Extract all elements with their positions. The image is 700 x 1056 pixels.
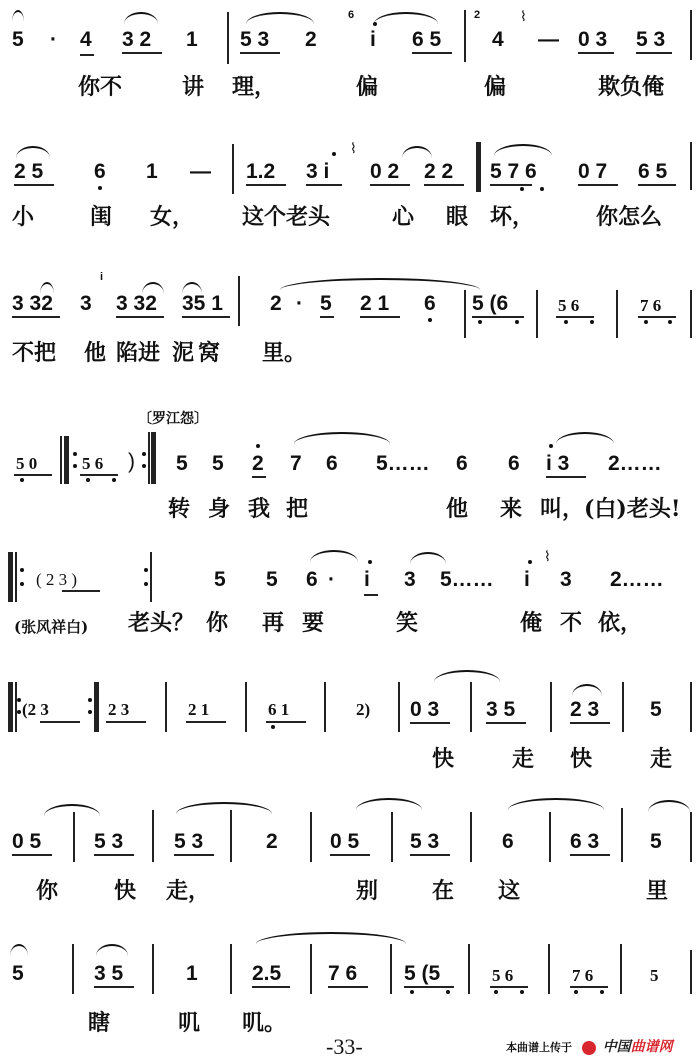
note: 3 (560, 568, 572, 592)
lyric: 我 (248, 496, 270, 522)
underline (570, 722, 610, 724)
underline (424, 184, 464, 186)
note: 6 (306, 568, 318, 592)
note: 5…… (376, 452, 430, 476)
note-group: 2 5 (14, 160, 43, 184)
note-group: 2) (356, 698, 370, 722)
underline (364, 594, 378, 596)
note: 2…… (608, 452, 662, 476)
low-dot (515, 320, 519, 324)
underline (370, 184, 410, 186)
underline (40, 721, 80, 723)
note: 2 (252, 452, 264, 476)
underline (410, 722, 450, 724)
note-group: 7 6 (640, 294, 661, 318)
lyric: 窝 (198, 340, 220, 366)
note: 5 (12, 28, 24, 52)
slur (494, 144, 552, 156)
underline (638, 316, 676, 318)
note-group: 3 2 (122, 28, 151, 52)
grace-note: i (100, 272, 103, 283)
note: 3 (80, 292, 92, 316)
lyric: 偏 (356, 74, 378, 100)
barline (152, 944, 154, 994)
note: 1 (186, 962, 198, 986)
note: 5 (320, 292, 332, 316)
trill-icon: ⌇ (350, 142, 357, 156)
note-group: 0 5 (330, 830, 359, 854)
lyric: 陷进 (116, 340, 160, 366)
note: 5 (650, 698, 662, 722)
lyric: 走， (166, 878, 210, 904)
note-group: 6 1 (268, 698, 289, 722)
barline (620, 944, 622, 994)
watermark: 本曲谱上传于 中国曲谱网 (506, 1036, 673, 1056)
note-group: 3 32 (116, 292, 157, 316)
note-group: 7 6 (328, 962, 357, 986)
note-group: 5 3 (94, 830, 123, 854)
repeat-dot (73, 464, 77, 468)
note-group: 5 7 6 (490, 160, 537, 184)
underline (186, 721, 226, 723)
barline (470, 682, 472, 732)
barline (165, 682, 167, 732)
underline (14, 474, 52, 476)
trill-icon: ⌇ (520, 10, 527, 24)
lyric: 快 (114, 878, 136, 904)
note: 5 (266, 568, 278, 592)
trill-icon: ⌇ (544, 550, 551, 564)
note-group: 3 5 (94, 962, 123, 986)
high-dot (332, 152, 336, 156)
low-dot (410, 990, 414, 994)
high-dot (256, 444, 260, 448)
underline (122, 52, 162, 54)
underline (252, 476, 266, 478)
lyric: 身 (208, 496, 230, 522)
low-dot (98, 186, 102, 190)
repeat-dot (144, 582, 148, 586)
low-dot (590, 320, 594, 324)
note: 1 (146, 160, 158, 184)
underline (14, 184, 54, 186)
barline (690, 950, 692, 994)
note-group: 35 1 (182, 292, 223, 316)
note-group: 5 3 (174, 830, 203, 854)
repeat-dot (17, 710, 21, 714)
lyric: 走 (650, 746, 672, 772)
barline (310, 944, 312, 994)
lyric: 坏， (490, 204, 534, 230)
note-group: 0 5 (12, 830, 41, 854)
underline (404, 986, 454, 988)
lyric: 转 (168, 496, 190, 522)
barline (73, 812, 75, 862)
barline (245, 682, 247, 732)
note: 7 (290, 452, 302, 476)
note: 5 (650, 830, 662, 854)
underline (80, 474, 118, 476)
lyric: 依， (598, 610, 642, 636)
lyric: 泥 (172, 340, 194, 366)
note: 5 (212, 452, 224, 476)
lyric: 叫，(白)老头! (540, 496, 680, 522)
note-group: 2 3 (108, 698, 129, 722)
barline (470, 812, 472, 862)
barline (464, 290, 466, 338)
lyric: 里。 (262, 340, 306, 366)
barline (621, 808, 623, 862)
note-group: 3 32 (12, 292, 53, 316)
underline (490, 184, 532, 186)
underline (116, 316, 164, 318)
speaker-label: (张风祥白) (14, 614, 88, 640)
lyric: 他 (446, 496, 468, 522)
lyric: 眼 (446, 204, 468, 230)
slur (176, 802, 272, 814)
note-group: 3 5 (486, 698, 515, 722)
barline (690, 142, 692, 190)
note: i (370, 28, 376, 52)
note: 5 (650, 964, 659, 988)
lyric: 理， (232, 74, 276, 100)
note-group: 5 (6 (472, 292, 508, 316)
underline (486, 722, 526, 724)
high-dot (368, 560, 372, 564)
note: 6 (424, 292, 436, 316)
note-group: 6 5 (638, 160, 667, 184)
high-dot (373, 22, 377, 26)
lyric: 俺 (520, 610, 542, 636)
barline (238, 276, 240, 326)
note-group: 2 3 (570, 698, 599, 722)
paren-close: ) (128, 450, 135, 474)
lyric: 女， (150, 204, 194, 230)
barline (690, 290, 692, 338)
lyric: 快 (570, 746, 592, 772)
underline (252, 986, 290, 988)
underline (246, 184, 286, 186)
underline (320, 316, 334, 318)
dot-note: · (296, 292, 303, 316)
repeat-dot (142, 452, 146, 456)
barline (72, 944, 74, 994)
barline (15, 682, 17, 732)
lyric: 快 (432, 746, 454, 772)
note-group: i 3 (546, 452, 569, 476)
long-slur (280, 278, 480, 290)
underline (80, 54, 94, 56)
note-group: 2 1 (360, 292, 389, 316)
low-dot (520, 990, 524, 994)
underline (306, 184, 342, 186)
note: 4 (492, 28, 504, 52)
lyric: 这 (498, 878, 520, 904)
low-dot (540, 187, 544, 191)
underline (94, 854, 134, 856)
low-dot (86, 478, 90, 482)
lyric: 闺 (90, 204, 112, 230)
note-group: 3 i (306, 160, 329, 184)
underline (12, 854, 52, 856)
barline (622, 682, 624, 732)
barline (468, 944, 470, 994)
repeat-dot (20, 582, 24, 586)
underline (412, 52, 452, 54)
section-label: 〔罗江怨〕 (138, 408, 208, 428)
note-group: 6 3 (570, 830, 599, 854)
barline (230, 944, 232, 994)
slur (124, 12, 158, 24)
low-dot (20, 478, 24, 482)
note: 2 (270, 292, 282, 316)
note-group: 5 6 (82, 452, 103, 476)
repeat-end (148, 432, 150, 484)
dash: — (538, 28, 559, 52)
note-group: 5 0 (16, 452, 37, 476)
barline (550, 682, 552, 732)
lyric: 心 (392, 204, 414, 230)
lyric: 叽。 (242, 1010, 286, 1036)
repeat-start (8, 682, 13, 732)
underline (328, 986, 368, 988)
underline (546, 476, 586, 478)
note: i (364, 568, 370, 592)
low-dot (574, 990, 578, 994)
low-dot (271, 725, 275, 729)
lyric: 小 (12, 204, 34, 230)
underline (182, 316, 230, 318)
underline (410, 854, 450, 856)
repeat-dot (73, 452, 77, 456)
underline (490, 986, 528, 988)
low-dot (600, 990, 604, 994)
slur (16, 146, 50, 158)
underline (240, 52, 280, 54)
grace-note: 2 (474, 10, 480, 21)
long-slur (294, 432, 390, 444)
lyric: 里 (646, 878, 668, 904)
barline (464, 10, 466, 62)
grace-note: 6 (348, 10, 354, 21)
low-dot (668, 320, 672, 324)
repeat-end (94, 682, 99, 732)
barline (549, 812, 551, 862)
lyric: 走 (512, 746, 534, 772)
lyric: 瞎 (88, 1010, 110, 1036)
note-group: 7 6 (572, 964, 593, 988)
lyric: 你不 (78, 74, 122, 100)
note-group: 5 6 (492, 964, 513, 988)
slur (374, 12, 438, 24)
underline (360, 316, 400, 318)
lyric: 偏 (484, 74, 506, 100)
lyric: 把 (286, 496, 308, 522)
lyric: 你 (36, 878, 58, 904)
tie-mark (648, 800, 690, 812)
slur (246, 12, 314, 24)
note-held: 2…… (610, 568, 664, 592)
slur (508, 798, 604, 810)
barline (152, 810, 154, 862)
underline (12, 316, 60, 318)
site-logo-icon (582, 1041, 596, 1055)
note: 1 (186, 28, 198, 52)
barline (230, 810, 232, 862)
low-dot (428, 318, 432, 322)
high-dot (549, 444, 553, 448)
slur (310, 550, 358, 562)
note-group: 2 1 (188, 698, 209, 722)
note-group: 5 6 (558, 294, 579, 318)
underline (174, 854, 214, 856)
lyric: 别 (356, 878, 378, 904)
low-dot (112, 478, 116, 482)
high-dot (528, 560, 532, 564)
barline (232, 144, 234, 194)
repeat-start (8, 552, 13, 602)
lyric: 他 (84, 340, 106, 366)
slur (556, 432, 614, 444)
lyric: 你怎么 (596, 204, 662, 230)
note: 3 (404, 568, 416, 592)
underline (578, 52, 614, 54)
repeat-dot (88, 698, 92, 702)
repeat-dot (142, 464, 146, 468)
note: 6 (326, 452, 338, 476)
note-group: 0 7 (578, 160, 607, 184)
underline (556, 316, 594, 318)
barline (310, 812, 312, 862)
underline (636, 52, 672, 54)
barline (391, 812, 393, 862)
low-dot (564, 320, 568, 324)
note-held: 5…… (440, 568, 494, 592)
slur (44, 804, 100, 816)
slur (572, 684, 602, 696)
barline (227, 12, 229, 64)
repeat-start (64, 436, 69, 484)
barline (536, 290, 538, 338)
slur (356, 798, 422, 810)
underline (266, 721, 306, 723)
note-group: 2 2 (424, 160, 453, 184)
note-group: 6 5 (412, 28, 441, 52)
low-dot (520, 187, 524, 191)
bracket-group: ( 2 3 ) (36, 568, 77, 592)
repeat-dot (20, 568, 24, 572)
lyric: 老头？ (128, 610, 194, 636)
underline (106, 721, 146, 723)
slur (410, 552, 446, 564)
note: 4 (80, 28, 92, 52)
note: 2 (305, 28, 317, 52)
note: 5 (176, 452, 188, 476)
repeat-end (150, 552, 152, 602)
lyric: 要 (302, 610, 324, 636)
note: 5 (12, 962, 24, 986)
slur (434, 670, 500, 682)
barline (398, 682, 400, 732)
note: 6 (456, 452, 468, 476)
low-dot (446, 990, 450, 994)
note: 6 (508, 452, 520, 476)
tie-mark (10, 944, 28, 956)
note-group: 0 2 (370, 160, 399, 184)
lyric: 你 (206, 610, 228, 636)
note-group: 5 3 (240, 28, 269, 52)
note-group: 0 3 (578, 28, 607, 52)
barline (390, 944, 392, 994)
repeat-dot (144, 568, 148, 572)
slur (402, 146, 432, 158)
lyric: 这个老头 (242, 204, 330, 230)
lyric: 叽 (178, 1010, 200, 1036)
lyric: 来 (500, 496, 522, 522)
barline (690, 10, 692, 60)
underline (472, 316, 524, 318)
low-dot (644, 320, 648, 324)
underline (578, 184, 618, 186)
brand-cn: 中国 (603, 1039, 631, 1055)
repeat-end-thick (151, 432, 156, 484)
repeat-dot (17, 698, 21, 702)
barline (548, 944, 550, 994)
bracket-group: (2 3 (22, 698, 49, 722)
lyric: 再 (262, 610, 284, 636)
note-group: 2.5 (252, 962, 281, 986)
lyric: 在 (432, 878, 454, 904)
low-dot (494, 990, 498, 994)
repeat-dot (88, 710, 92, 714)
barline (15, 552, 17, 602)
long-slur (256, 932, 406, 944)
lyric: 不把 (12, 340, 56, 366)
underline (94, 986, 134, 988)
dot-note: · (50, 28, 57, 52)
barline (690, 812, 692, 862)
dot-note: · (328, 568, 335, 592)
underline (570, 986, 608, 988)
note-group: 5 3 (410, 830, 439, 854)
note: i (524, 568, 530, 592)
underline (62, 590, 100, 592)
underline (330, 854, 370, 856)
note-group: 5 3 (636, 28, 665, 52)
note: 6 (94, 160, 106, 184)
watermark-text: 本曲谱上传于 (506, 1041, 572, 1054)
note: 2 (266, 830, 278, 854)
low-dot (478, 320, 482, 324)
lyric: 讲 (182, 74, 204, 100)
lyric: 欺负俺 (598, 74, 664, 100)
dash: — (190, 160, 211, 184)
page-number: -33- (326, 1034, 363, 1056)
note-group: 1.2 (246, 160, 275, 184)
note-group: 5 (5 (404, 962, 440, 986)
tie-mark (12, 10, 24, 22)
underline (570, 854, 610, 856)
barline (60, 436, 62, 484)
lyric: 笑 (396, 610, 418, 636)
barline (476, 142, 481, 192)
barline (324, 682, 326, 732)
lyric: 不 (560, 610, 582, 636)
note: 6 (502, 830, 514, 854)
brand-accent: 曲谱网 (631, 1039, 673, 1055)
note: 5 (214, 568, 226, 592)
note-group: 0 3 (410, 698, 439, 722)
